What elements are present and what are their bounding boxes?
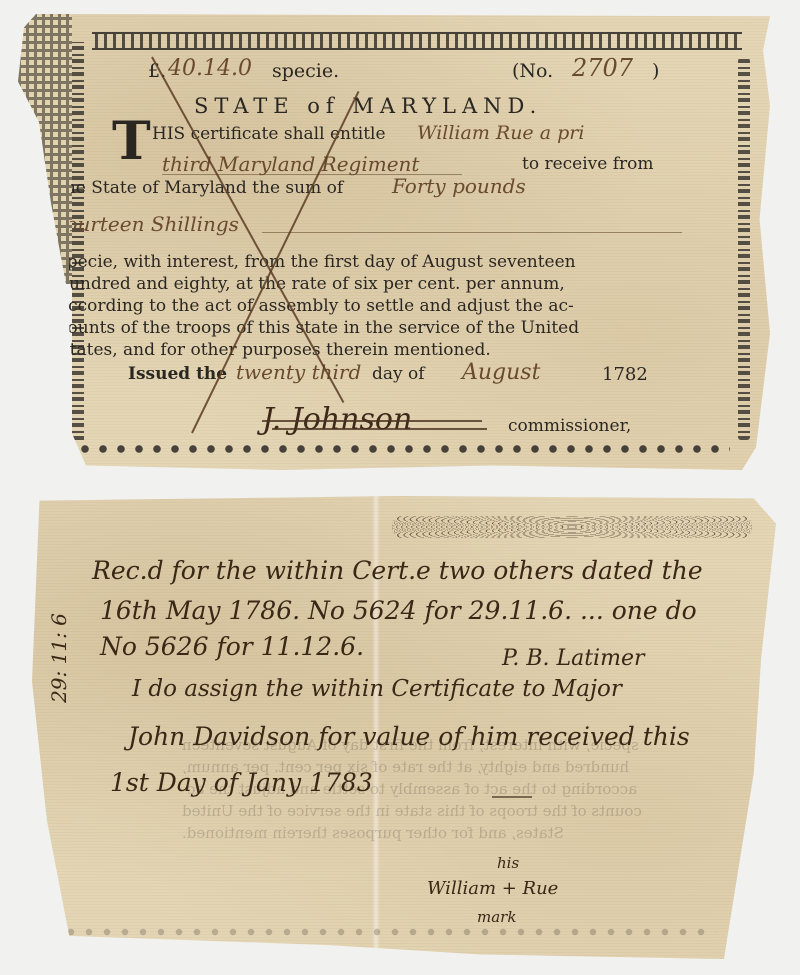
issued-year: 1782 — [602, 364, 648, 385]
crossed-out-scribble — [392, 516, 752, 538]
mark-his-label: his — [497, 854, 519, 872]
commissioner-label: commissioner, — [508, 416, 631, 436]
certificate-back: specie, with interest, from the first da… — [32, 496, 776, 959]
mark-name: William + Rue — [427, 878, 558, 899]
drop-cap: T — [112, 116, 151, 168]
document-title: STATE of MARYLAND. — [194, 94, 542, 118]
left-ornamental-border — [18, 14, 78, 284]
number-close: ) — [652, 60, 659, 82]
bleedthrough-text-5: States, and for other purposes therein m… — [182, 824, 564, 842]
bottom-dot-border — [76, 444, 730, 454]
body-line-1: specie, with interest, from the first da… — [58, 252, 576, 272]
right-ornamental-border — [738, 58, 750, 440]
line1-print: HIS certificate shall entitle — [152, 124, 386, 144]
assign-line-1: I do assign the within Certificate to Ma… — [132, 676, 622, 702]
payee-name-handwritten: William Rue a pri — [417, 122, 584, 144]
sum-pounds-handwritten: Forty pounds — [392, 174, 526, 198]
issued-dayof-label: day of — [372, 364, 425, 384]
body-line-2: hundred and eighty, at the rate of six p… — [58, 274, 565, 294]
line4-rule — [262, 232, 682, 233]
signature-strike-1 — [262, 420, 482, 422]
receipt-line-1: Rec.d for the within Cert.e two others d… — [92, 556, 703, 585]
certificate-front: £. 40.14.0 specie. (No. 2707 ) STATE of … — [72, 14, 770, 470]
certificate-number: 2707 — [572, 54, 633, 82]
margin-note: 29: 11: 6 — [47, 613, 71, 703]
body-line-5: States, and for other purposes therein m… — [58, 340, 491, 360]
issued-label: Issued the — [128, 364, 227, 384]
amount-specie-label: specie. — [272, 60, 339, 82]
sum-shillings-handwritten: fourteen Shillings — [58, 212, 239, 236]
line2-print: to receive from — [522, 154, 654, 174]
issued-day-handwritten: twenty third — [236, 360, 361, 384]
back-bleedthrough-dot-border — [62, 927, 716, 937]
assign-line-3: 1st Day of Jany 1783 — [110, 768, 373, 797]
bleedthrough-text-4: counts of the troops of this state in th… — [182, 802, 642, 820]
regiment-handwritten: third Maryland Regiment — [162, 152, 419, 176]
top-ornamental-border — [92, 32, 742, 50]
receipt-line-3: No 5626 for 11.12.6. — [100, 632, 364, 661]
front-left-ornament-strip — [18, 14, 78, 284]
body-line-4: counts of the troops of this state in th… — [58, 318, 579, 338]
assign-line-2: John Davidson for value of him received … — [128, 722, 690, 751]
number-label: (No. — [512, 60, 553, 82]
issued-month-handwritten: August — [462, 360, 540, 385]
mark-label: mark — [477, 908, 516, 926]
left-inner-ornamental-border — [72, 42, 84, 440]
latimer-signature: P. B. Latimer — [502, 646, 644, 671]
assign-dash — [492, 796, 532, 798]
line3-print: the State of Maryland the sum of — [58, 178, 343, 198]
receipt-line-2: 16th May 1786. No 5624 for 29.11.6. ... … — [100, 596, 697, 625]
amount-handwritten: 40.14.0 — [168, 56, 252, 81]
signature-strike-2 — [272, 428, 487, 430]
body-line-3: according to the act of assembly to sett… — [58, 296, 574, 316]
